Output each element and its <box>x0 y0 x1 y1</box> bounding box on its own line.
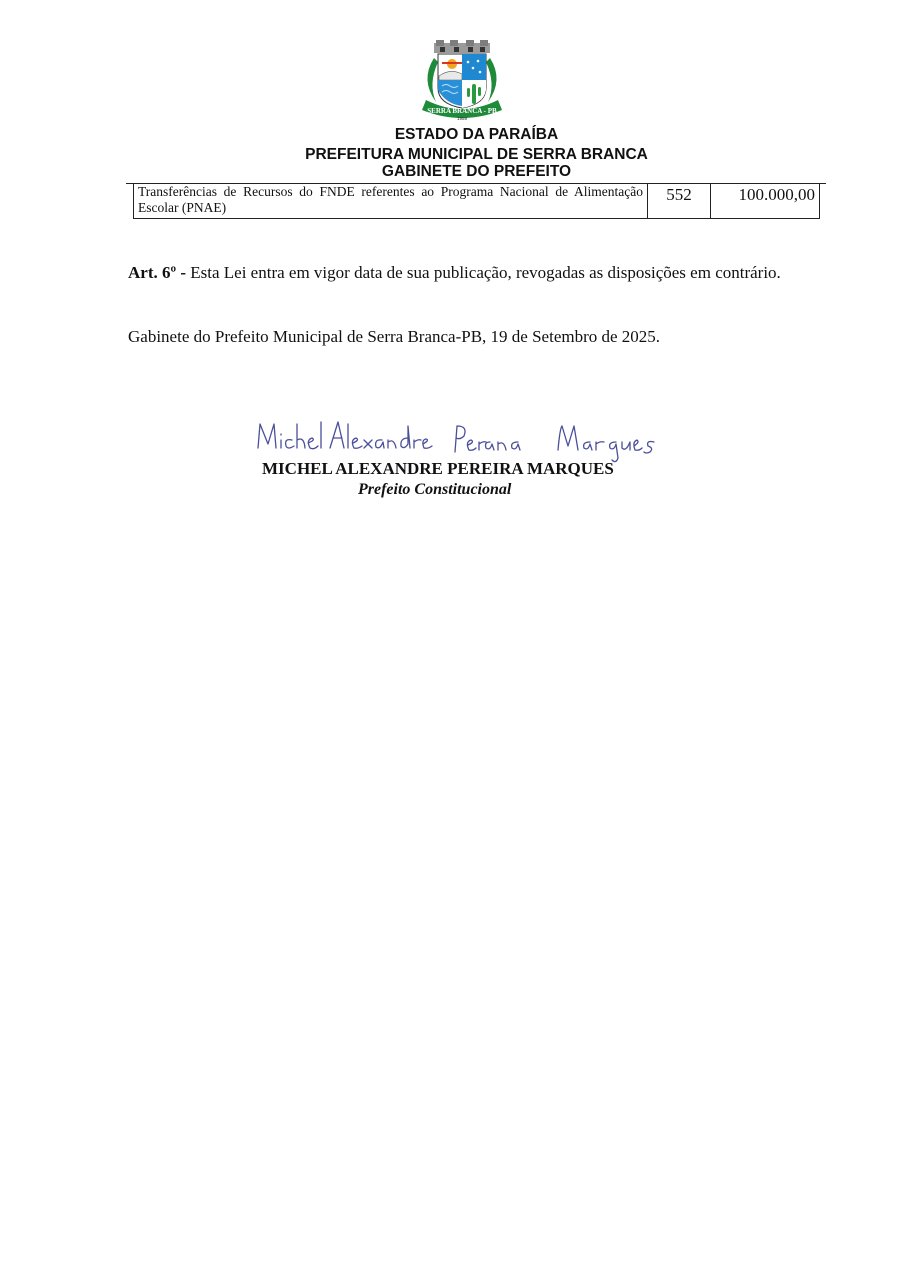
article-text: Esta Lei entra em vigor data de sua publ… <box>186 263 781 282</box>
table-cell-amount: 100.000,00 <box>711 184 820 219</box>
svg-text:SERRA BRANCA - PB: SERRA BRANCA - PB <box>427 107 497 115</box>
header-office: GABINETE DO PREFEITO <box>0 164 900 180</box>
place-date: Gabinete do Prefeito Municipal de Serra … <box>128 327 660 347</box>
budget-table: Transferências de Recursos do FNDE refer… <box>133 184 820 219</box>
table-row: Transferências de Recursos do FNDE refer… <box>134 184 820 219</box>
table-cell-code: 552 <box>648 184 711 219</box>
header-state: ESTADO DA PARAÍBA <box>0 127 900 143</box>
header-municipality: PREFEITURA MUNICIPAL DE SERRA BRANCA <box>0 147 900 163</box>
signature-block: MICHEL ALEXANDRE PEREIRA MARQUES Prefeit… <box>250 418 670 508</box>
table-cell-description: Transferências de Recursos do FNDE refer… <box>134 184 648 219</box>
signer-title: Prefeito Constitucional <box>358 481 511 499</box>
svg-text:1959: 1959 <box>457 116 468 120</box>
article-label: Art. 6º - <box>128 263 186 282</box>
signer-name: MICHEL ALEXANDRE PEREIRA MARQUES <box>262 459 614 479</box>
article-paragraph: Art. 6º - Esta Lei entra em vigor data d… <box>128 263 781 283</box>
coat-of-arms-icon: SERRA BRANCA - PB 1959 <box>412 40 512 120</box>
